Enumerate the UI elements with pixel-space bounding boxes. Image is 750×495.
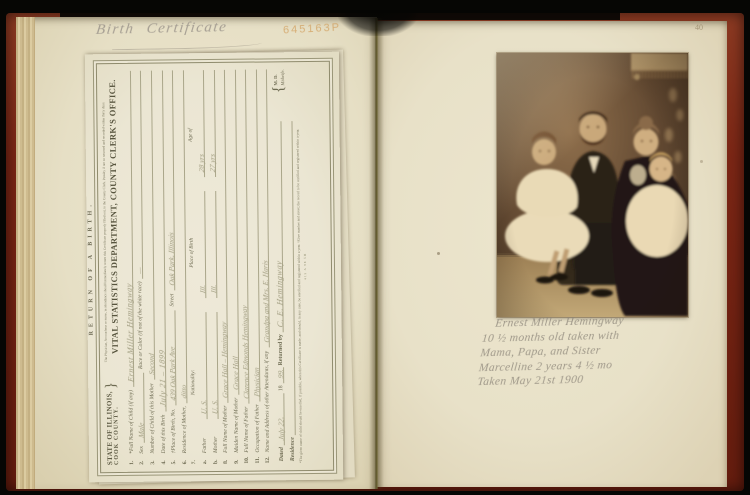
residence-label: Residence	[290, 435, 296, 463]
age-handwriting: 27 yrs	[207, 153, 216, 173]
field-handwriting: July 21 – 1899	[157, 349, 167, 407]
family-photograph	[497, 53, 688, 317]
field-label: Date of this Birth	[160, 411, 166, 453]
field-number: 6.	[182, 453, 188, 464]
department-header: VITAL STATISTICS DEPARTMENT, COUNTY CLER…	[107, 71, 120, 362]
instruction-line-2: County Clerk. Penalty if not so returned…	[101, 102, 106, 200]
dated-handwriting: July 22,	[277, 416, 287, 441]
field-handwriting: 439 Oak Park Ave	[168, 346, 178, 401]
field-handwriting: Physician	[252, 366, 262, 397]
field-number: 11.	[255, 453, 261, 464]
nationality-header: Nationality:	[190, 370, 196, 396]
field-label: Sex	[139, 443, 145, 454]
field-handwriting: Ernest Miller Hemingway	[124, 282, 135, 382]
county-line: COOK COUNTY.	[113, 391, 120, 465]
field-number: 9.	[234, 453, 240, 464]
field-number: b.	[212, 453, 218, 464]
md-midwife-brace: { M. D. Midwife.	[268, 69, 290, 93]
field-number: a.	[202, 453, 208, 464]
year-prefix: 18	[279, 383, 285, 393]
field-label: Father	[201, 419, 207, 453]
state-line: STATE OF ILLINOIS,	[105, 391, 114, 465]
nationality-handwriting: U. S.	[199, 399, 208, 415]
field-handwriting-2: —	[135, 266, 144, 274]
returned-by-label: Returned by	[278, 332, 284, 367]
certificate-border-box: STATE OF ILLINOIS, COOK COUNTY. } The Ph…	[96, 61, 334, 473]
dated-block: Dated July 22, 18 99. Returned by C. E. …	[270, 69, 296, 463]
field-label: *Full Name of Child (if any)	[128, 387, 135, 454]
field-label: Occupation of Father	[254, 401, 261, 453]
instruction-line-1: The Physician, Accoucheur or nurse, in a…	[102, 201, 108, 362]
field-number: 10.	[244, 453, 250, 464]
field-label-2: Race or Color (if not of the white race)	[138, 278, 145, 369]
footnote-2: †Give number and street; the record to b…	[296, 129, 301, 243]
place-handwriting: Ill.	[198, 284, 207, 294]
scanned-album-spread: Birth Certificate 645163P 40 RETURN OF A…	[0, 0, 750, 495]
field-handwriting: Grace Hall – Hemingway	[219, 321, 230, 399]
field-label: Residence of Mother,	[181, 403, 188, 453]
page-edge-stack	[16, 17, 35, 489]
brace-glyph: }	[104, 382, 119, 389]
photo-vignette	[497, 53, 688, 317]
field-label: Number of Child of this Mother	[149, 380, 156, 454]
year-handwriting: 99.	[276, 368, 285, 379]
field-number: 12.	[265, 452, 271, 463]
state-of-illinois-block: STATE OF ILLINOIS, COOK COUNTY. }	[104, 367, 120, 465]
field-handwriting-2: Oak Park, Illinois	[167, 232, 177, 287]
field-label: Mother	[212, 419, 218, 453]
field-number: 2.	[139, 454, 145, 465]
field-handwriting: Second	[147, 353, 156, 376]
field-label: Name and Address of other Attendants, if…	[264, 348, 271, 453]
place-of-birth-header: Place of Birth	[189, 238, 195, 268]
age-header: Age of	[188, 128, 194, 142]
field-handwriting: Grace Hall	[230, 355, 240, 390]
field-number: 3.	[150, 454, 156, 465]
book-gutter	[369, 18, 384, 489]
handwritten-title: Birth Certificate	[95, 19, 228, 39]
md-label: M. D.	[273, 69, 278, 85]
field-label-2: Street	[169, 291, 175, 307]
field-number: 7.	[191, 453, 197, 464]
field-label: †Place of Birth, No.	[171, 405, 178, 453]
field-label: Full Name of Mother	[223, 402, 230, 452]
field-label: Full Name of Father	[244, 403, 251, 452]
birth-certificate: RETURN OF A BIRTH. STATE OF ILLINOIS, CO…	[85, 52, 343, 483]
foxing-speck	[437, 252, 440, 255]
field-number: 5.	[171, 453, 177, 464]
nationality-handwriting: U. S.	[210, 399, 219, 415]
midwife-label: Midwife.	[280, 69, 285, 85]
dated-label: Dated	[279, 445, 285, 463]
gutter-top-shadow	[338, 10, 418, 36]
field-number: 4.	[161, 454, 167, 465]
field-handwriting: Grandpa and Mrs. E. Haris	[261, 260, 272, 344]
field-number: 1.	[129, 454, 135, 465]
foxing-speck	[700, 160, 703, 163]
age-handwriting: 28 yrs	[197, 153, 206, 173]
field-number: 8.	[223, 453, 229, 464]
field-handwriting: ditto	[179, 384, 188, 399]
page-number: 40	[695, 23, 703, 32]
certificate-fields: 1. *Full Name of Child (if any) Ernest M…	[120, 69, 271, 465]
brace-glyph: {	[271, 85, 289, 93]
field-label: Maiden Name of Mother	[233, 395, 240, 453]
photo-caption: Ernest Miller Hemingway 10 ½ months old …	[477, 312, 720, 390]
place-handwriting: Ill.	[209, 284, 218, 294]
field-handwriting: Male	[137, 422, 146, 439]
